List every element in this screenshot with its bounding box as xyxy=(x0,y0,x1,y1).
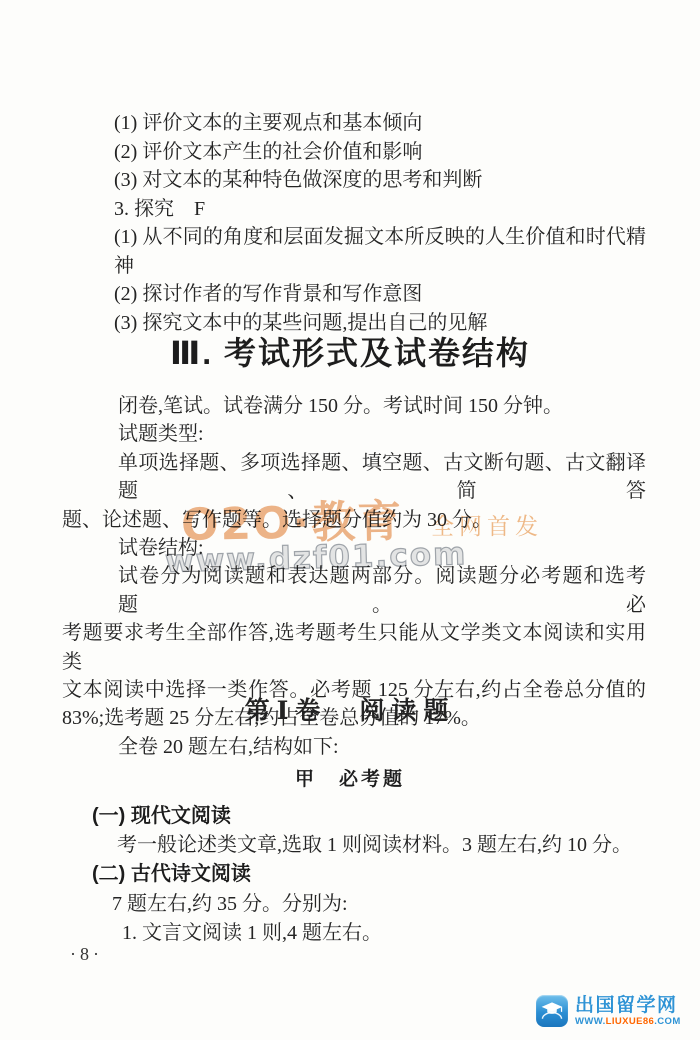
page-number: ·8· xyxy=(70,944,103,965)
scanned-document-page: (1) 评价文本的主要观点和基本倾向 (2) 评价文本产生的社会价值和影响 (3… xyxy=(0,0,700,1040)
site-url-domain: LIUXUE86 xyxy=(606,1016,655,1027)
subsection-heading: (一) 现代文阅读 xyxy=(62,802,646,831)
list-item: (1) 评价文本的主要观点和基本倾向 xyxy=(62,109,646,138)
list-item: (3) 对文本的某种特色做深度的思考和判断 xyxy=(62,166,646,195)
paragraph-line: 考题要求考生全部作答,选考题考生只能从文学类文本阅读和实用类 xyxy=(62,619,646,676)
list-item: (2) 评价文本产生的社会价值和影响 xyxy=(62,138,646,167)
list-item: 3. 探究 F xyxy=(62,195,646,224)
list-item: (2) 探讨作者的写作背景和写作意图 xyxy=(62,280,646,309)
subsection-heading: (二) 古代诗文阅读 xyxy=(62,860,646,889)
site-logo-text: 出国留学网 WWW.LIUXUE86.COM xyxy=(575,996,681,1027)
document-title: Ⅲ. 考试形式及试卷结构 xyxy=(0,328,700,374)
paragraph-line: 考一般论述类文章,选取 1 则阅读材料。3 题左右,约 10 分。 xyxy=(62,831,646,860)
list-item: (1) 从不同的角度和层面发掘文本所反映的人生价值和时代精神 xyxy=(62,223,646,280)
paragraph-line: 1. 文言文阅读 1 则,4 题左右。 xyxy=(62,919,646,948)
part-heading: 甲 必考题 xyxy=(0,764,700,791)
paragraph-line: 试题类型: xyxy=(62,420,646,448)
site-logo[interactable]: 出国留学网 WWW.LIUXUE86.COM xyxy=(536,995,681,1027)
capability-list: (1) 评价文本的主要观点和基本倾向 (2) 评价文本产生的社会价值和影响 (3… xyxy=(62,109,646,337)
site-url-tld: .COM xyxy=(654,1016,680,1027)
paragraph-line: 全卷 20 题左右,结构如下: xyxy=(62,733,646,761)
paragraph-line: 闭卷,笔试。试卷满分 150 分。考试时间 150 分钟。 xyxy=(62,392,646,420)
reading-section: (一) 现代文阅读 考一般论述类文章,选取 1 则阅读材料。3 题左右,约 10… xyxy=(62,802,646,948)
site-url-www: WWW. xyxy=(575,1016,606,1027)
site-url: WWW.LIUXUE86.COM xyxy=(575,1017,681,1027)
paragraph-line: 7 题左右,约 35 分。分别为: xyxy=(62,890,646,919)
site-name: 出国留学网 xyxy=(575,996,681,1015)
graduation-cap-icon xyxy=(536,995,568,1027)
volume-heading: 第Ⅰ卷 阅读题 xyxy=(0,691,700,727)
